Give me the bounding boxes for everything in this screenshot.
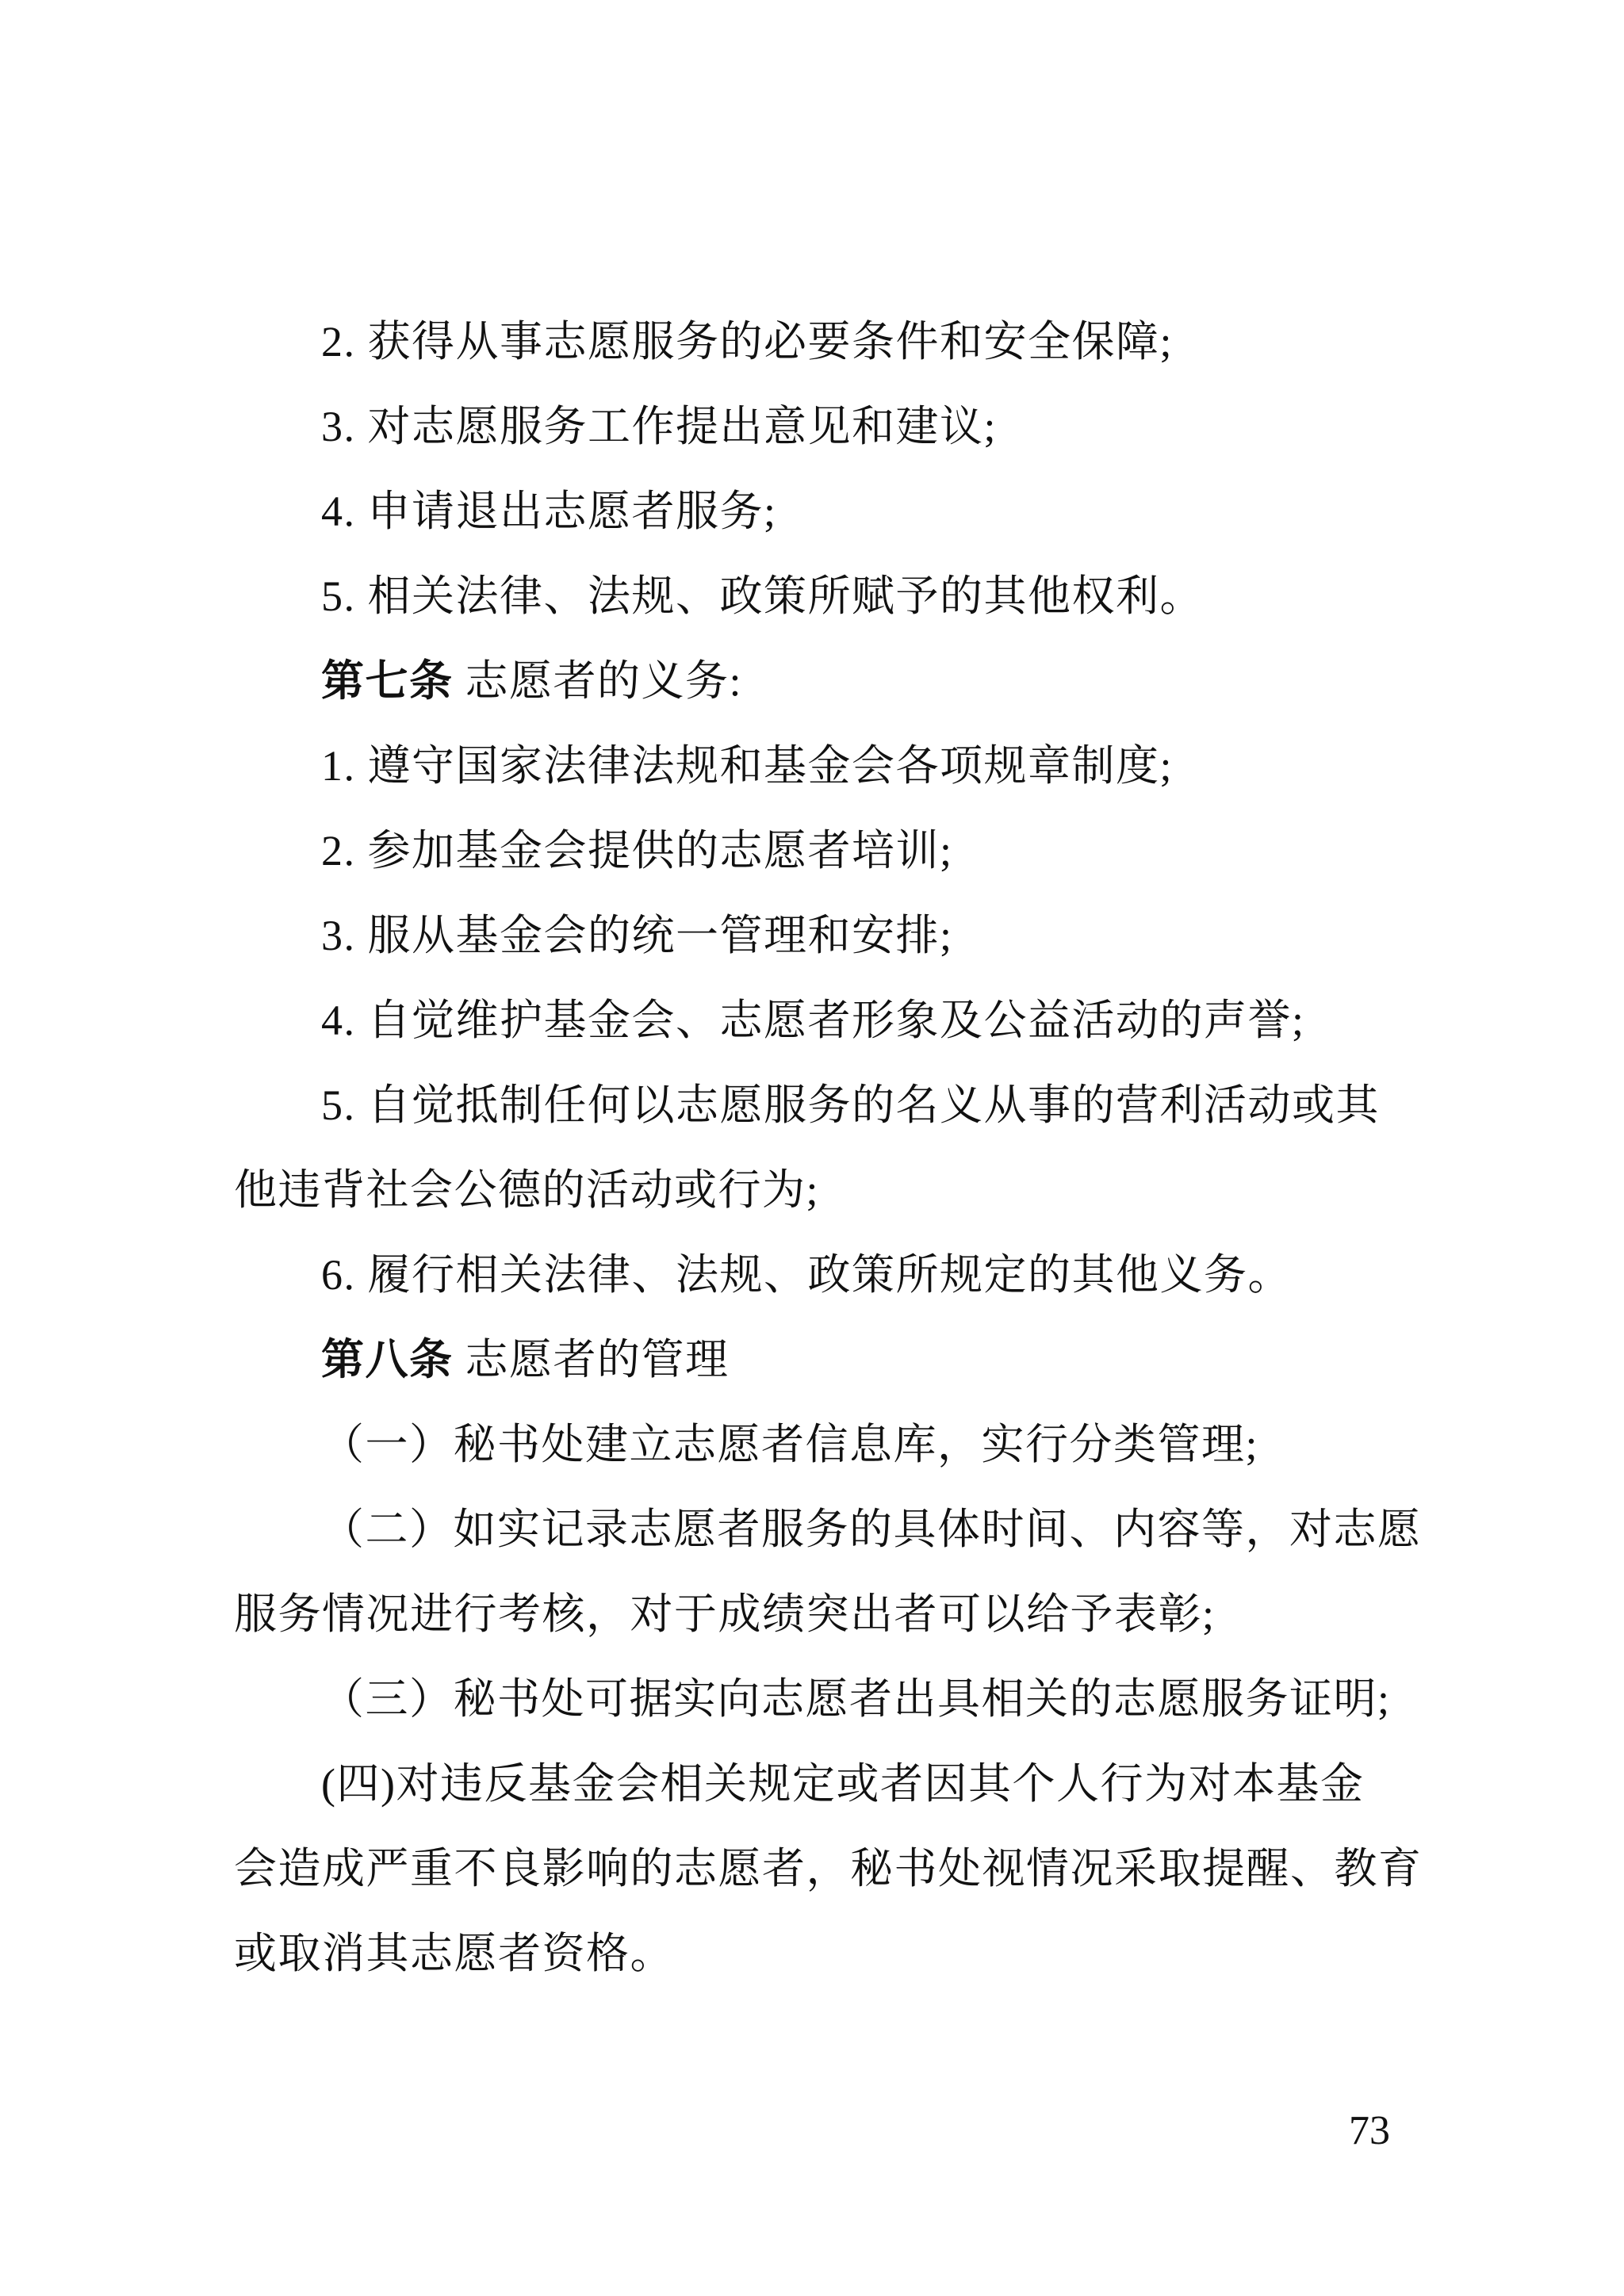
paragraph-line: 他违背社会公德的活动或行为;	[234, 1148, 1392, 1233]
line-text: （三）秘书处可据实向志愿者出具相关的志愿服务证明;	[321, 1675, 1391, 1723]
line-text: 会造成严重不良影响的志愿者，秘书处视情况采取提醒、教育	[234, 1845, 1423, 1892]
line-text: 4. 申请退出志愿者服务;	[321, 488, 777, 535]
line-text: 3. 服从基金会的统一管理和安排;	[321, 912, 953, 959]
paragraph-line: 4. 申请退出志愿者服务;	[234, 469, 1392, 554]
article-heading-number: 第七条	[321, 657, 454, 705]
line-text: (四)对违反基金会相关规定或者因其个人行为对本基金	[321, 1760, 1364, 1808]
paragraph-line: 2. 获得从事志愿服务的必要条件和安全保障;	[234, 300, 1392, 385]
paragraph-line: (四)对违反基金会相关规定或者因其个人行为对本基金	[234, 1742, 1392, 1827]
paragraph-line: 1. 遵守国家法律法规和基金会各项规章制度;	[234, 724, 1392, 809]
text-block: 2. 获得从事志愿服务的必要条件和安全保障;3. 对志愿服务工作提出意见和建议;…	[234, 300, 1392, 1996]
paragraph-line: 2. 参加基金会提供的志愿者培训;	[234, 809, 1392, 894]
line-text: 1. 遵守国家法律法规和基金会各项规章制度;	[321, 742, 1173, 790]
paragraph-line: 3. 服从基金会的统一管理和安排;	[234, 894, 1392, 978]
line-text: 5. 自觉抵制任何以志愿服务的名义从事的营利活动或其	[321, 1081, 1380, 1129]
paragraph-line: 4. 自觉维护基金会、志愿者形象及公益活动的声誉;	[234, 978, 1392, 1063]
paragraph-line: 5. 相关法律、法规、政策所赋予的其他权利。	[234, 554, 1392, 639]
document-page: 2. 获得从事志愿服务的必要条件和安全保障;3. 对志愿服务工作提出意见和建议;…	[0, 0, 1624, 2296]
line-text: 4. 自觉维护基金会、志愿者形象及公益活动的声誉;	[321, 997, 1305, 1044]
paragraph-line: 服务情况进行考核，对于成绩突出者可以给予表彰;	[234, 1572, 1392, 1657]
paragraph-line: 6. 履行相关法律、法规、政策所规定的其他义务。	[234, 1233, 1392, 1318]
page-number: 73	[1349, 2110, 1390, 2152]
paragraph-line: （二）如实记录志愿者服务的具体时间、内容等，对志愿	[234, 1487, 1392, 1572]
paragraph-line: （一）秘书处建立志愿者信息库，实行分类管理;	[234, 1402, 1392, 1487]
line-text: 2. 参加基金会提供的志愿者培训;	[321, 827, 953, 874]
paragraph-line: 3. 对志愿服务工作提出意见和建议;	[234, 385, 1392, 469]
paragraph-line: 5. 自觉抵制任何以志愿服务的名义从事的营利活动或其	[234, 1063, 1392, 1148]
paragraph-line: 第八条 志愿者的管理	[234, 1318, 1392, 1402]
line-text: 或取消其志愿者资格。	[234, 1930, 674, 1977]
paragraph-line: 会造成严重不良影响的志愿者，秘书处视情况采取提醒、教育	[234, 1827, 1392, 1911]
paragraph-line: 第七条 志愿者的义务:	[234, 639, 1392, 724]
line-text: 志愿者的义务:	[454, 657, 743, 705]
line-text: 3. 对志愿服务工作提出意见和建议;	[321, 403, 997, 450]
paragraph-line: 或取消其志愿者资格。	[234, 1911, 1392, 1996]
line-text: 6. 履行相关法律、法规、政策所规定的其他义务。	[321, 1251, 1292, 1299]
article-heading-number: 第八条	[321, 1336, 454, 1383]
line-text: （二）如实记录志愿者服务的具体时间、内容等，对志愿	[321, 1506, 1422, 1553]
line-text: （一）秘书处建立志愿者信息库，实行分类管理;	[321, 1421, 1258, 1468]
line-text: 5. 相关法律、法规、政策所赋予的其他权利。	[321, 572, 1204, 620]
line-text: 服务情况进行考核，对于成绩突出者可以给予表彰;	[234, 1590, 1216, 1638]
line-text: 2. 获得从事志愿服务的必要条件和安全保障;	[321, 318, 1173, 365]
line-text: 志愿者的管理	[454, 1336, 730, 1383]
paragraph-line: （三）秘书处可据实向志愿者出具相关的志愿服务证明;	[234, 1657, 1392, 1742]
line-text: 他违背社会公德的活动或行为;	[234, 1166, 819, 1214]
